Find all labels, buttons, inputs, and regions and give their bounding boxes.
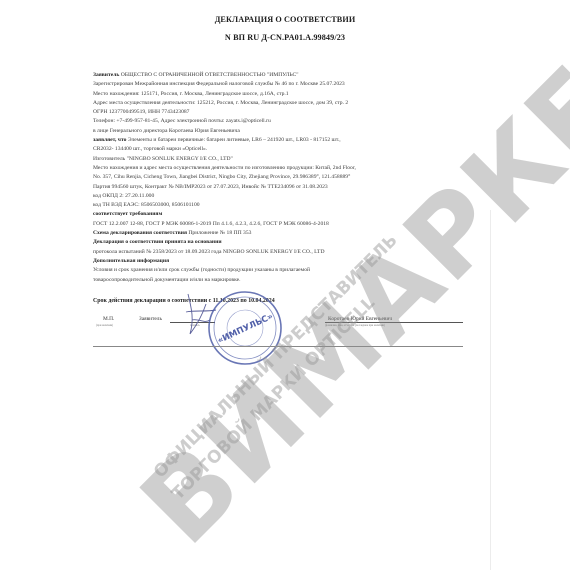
manufacturer-line: Изготовитель "NINGBO SONLUK ENERGY I/E C…: [93, 155, 473, 164]
ogrn-inn-line: ОГРН 1237700499519, ИНН 7743423087: [93, 108, 473, 117]
additional-info-line-1: Условия и срок хранения и/или срок служб…: [93, 266, 473, 275]
applicant-line: Заявитель ОБЩЕСТВО С ОГРАНИЧЕННОЙ ОТВЕТС…: [93, 71, 473, 80]
declaration-number: N ВП RU Д-CN.PA01.A.99849/23: [0, 33, 570, 42]
basis-value: протокола испытаний № 2358/2023 от 18.09…: [93, 248, 473, 257]
declares-line: заявляет, что Элементы и батареи первичн…: [93, 136, 473, 145]
scheme-value: Приложение № 18 ПП 353: [188, 230, 251, 236]
okpd-line: код ОКПД 2: 27.20.11.000: [93, 192, 473, 201]
signer-name-line: [325, 322, 463, 323]
basis-label: Декларация о соответствии принята на осн…: [93, 238, 473, 247]
mp-label: М.П.: [103, 316, 114, 322]
declares-label: заявляет, что: [93, 137, 126, 143]
registration-line: Зарегистрирован Межрайонная инспекция Фе…: [93, 80, 473, 89]
page-edge-line: [490, 210, 491, 570]
additional-info-line-2: товаросопроводительной документации и/ил…: [93, 276, 473, 285]
additional-info-label: Дополнительная информация: [93, 257, 473, 266]
batch-line: Партия 994560 штук, Контракт № NB/IMP202…: [93, 183, 473, 192]
signer-note: (фамилия, имя, отчество (последнее при н…: [325, 324, 385, 327]
declaration-document: ДЕКЛАРАЦИЯ О СООТВЕТСТВИИ N ВП RU Д-CN.P…: [0, 0, 570, 570]
product-line-2: CR2032- 134400 шт., торговой марки «Opti…: [93, 145, 473, 154]
scheme-line: Схема декларирования соответствия Прилож…: [93, 229, 473, 238]
represented-by-line: в лице Генерального директора Коротаева …: [93, 127, 473, 136]
mp-note: (при наличии): [96, 324, 113, 327]
mfr-address-line-2: No. 357, Cihu Renjia, Cicheng Town, Jian…: [93, 173, 473, 182]
declaration-body: Заявитель ОБЩЕСТВО С ОГРАНИЧЕННОЙ ОТВЕТС…: [93, 71, 473, 285]
scheme-label: Схема декларирования соответствия: [93, 230, 187, 236]
mfr-address-line-1: Место нахождения и адрес места осуществл…: [93, 164, 473, 173]
activity-address-line: Адрес места осуществления деятельности: …: [93, 99, 473, 108]
signature-applicant-label: Заявитель: [139, 316, 162, 322]
applicant-name: ОБЩЕСТВО С ОГРАНИЧЕННОЙ ОТВЕТСТВЕННОСТЬЮ…: [121, 72, 299, 78]
company-stamp: «ИМПУЛЬС»: [207, 290, 283, 366]
document-title: ДЕКЛАРАЦИЯ О СООТВЕТСТВИИ: [0, 15, 570, 24]
product-line-1: Элементы и батареи первичные: батареи ли…: [128, 137, 341, 143]
bottom-divider: [93, 346, 463, 347]
requirements-value: ГОСТ 12.2.007 12-88, ГОСТ Р МЭК 60086-1-…: [93, 220, 473, 229]
contacts-line: Телефон: +7-499-957-81-45, Адрес электро…: [93, 117, 473, 126]
stamp-text: «ИМПУЛЬС»: [216, 312, 275, 346]
tnved-line: код ТН ВЭД ЕАЭС: 8506503000, 8506101100: [93, 201, 473, 210]
location-line: Место нахождения: 125171, Россия, г. Мос…: [93, 90, 473, 99]
requirements-label: соответствует требованиям: [93, 210, 473, 219]
applicant-label: Заявитель: [93, 72, 119, 78]
